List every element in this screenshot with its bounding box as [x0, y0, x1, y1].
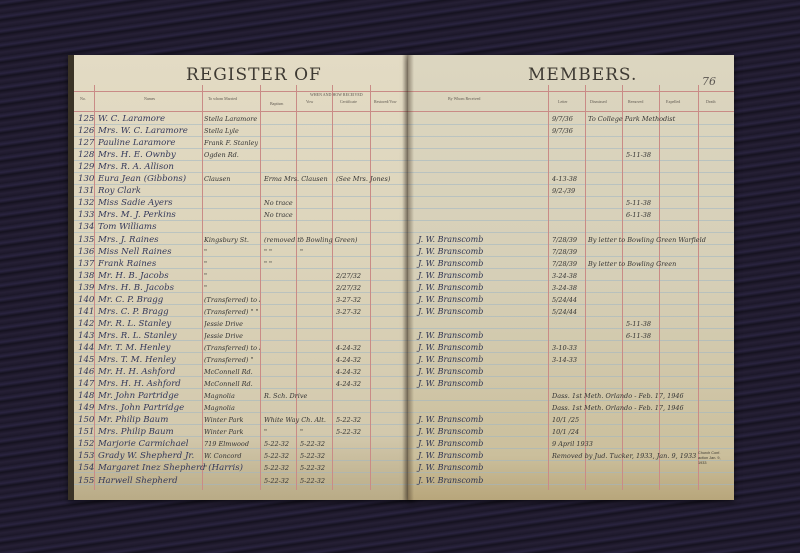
- entry-name: Mrs. John Partridge: [98, 402, 184, 414]
- page-number: 76: [702, 75, 716, 88]
- ledger-row: 150Mr. Philip BaumWinter ParkWhite Way C…: [74, 414, 414, 426]
- ledger-row: 143Mrs. R. L. StanleyJessie Drive: [74, 330, 414, 342]
- entry-number: 142: [78, 318, 94, 330]
- entry-col-certificate: 5-22-32: [336, 426, 361, 438]
- entry-name: Mrs. T. M. Henley: [98, 354, 176, 366]
- ledger-row: 132Miss Sadie AyersNo trace: [74, 197, 414, 209]
- entry-received-by: J. W. Branscomb: [418, 366, 483, 378]
- book-gutter: [402, 55, 414, 500]
- entry-col-vow: 5-22-32: [300, 462, 325, 474]
- entry-number: 130: [78, 173, 94, 185]
- entry-received-by: J. W. Branscomb: [418, 378, 483, 390]
- entry-col-certificate: 3-27-32: [336, 306, 361, 318]
- entry-removed: 5-11-38: [626, 318, 651, 330]
- entry-col-vow: ": [300, 426, 303, 438]
- entry-col-certificate: 4-24-32: [336, 378, 361, 390]
- entry-name: Grady W. Shepherd Jr.: [98, 450, 194, 462]
- entry-letter: 7/28/39: [552, 258, 577, 270]
- page-title-right: MEMBERS.: [528, 65, 637, 85]
- entry-number: 135: [78, 234, 94, 246]
- ledger-row: 141Mrs. C. P. Bragg(Transferred) " "3-27…: [74, 306, 414, 318]
- entry-col-certificate: 2/27/32: [336, 270, 361, 282]
- entry-number: 133: [78, 209, 94, 221]
- entry-letter: 9/2-/39: [552, 185, 575, 197]
- entry-number: 147: [78, 378, 94, 390]
- entry-col-certificate: 2/27/32: [336, 282, 361, 294]
- entry-dismissed: To College Park Methodist: [588, 113, 675, 125]
- entry-married: McConnell Rd.: [204, 366, 253, 378]
- ledger-row: Dass. 1st Meth. Orlando - Feb. 17, 1946: [408, 390, 734, 402]
- entry-married: Winter Park: [204, 414, 243, 426]
- ledger-row: J. W. Branscomb7/28/39: [408, 246, 734, 258]
- ledger-row: 131Roy Clark: [74, 185, 414, 197]
- ledger-row: 9/7/36To College Park Methodist: [408, 113, 734, 125]
- entry-number: 146: [78, 366, 94, 378]
- entry-name: Mr. C. P. Bragg: [98, 294, 163, 306]
- ledger-row: 144Mr. T. M. Henley(Transferred) to Mo.4…: [74, 342, 414, 354]
- entry-name: Frank Raines: [98, 258, 156, 270]
- ledger-row: 6-11-38: [408, 209, 734, 221]
- ledger-row: 135Mrs. J. RainesKingsbury St.(removed t…: [74, 234, 414, 246]
- entry-number: 155: [78, 475, 94, 487]
- ledger-row: J. W. Branscomb3-14-33: [408, 354, 734, 366]
- entry-married: ": [204, 270, 207, 282]
- ledger-row: 133Mrs. M. J. PerkinsNo trace: [74, 209, 414, 221]
- entry-name: Mrs. M. J. Perkins: [98, 209, 176, 221]
- entry-received-by: J. W. Branscomb: [418, 306, 483, 318]
- entry-number: 144: [78, 342, 94, 354]
- entry-col-baptism-vow: Erma Mrs. Clausen: [264, 173, 328, 185]
- ledger-row: 153Grady W. Shepherd Jr.W. Concord5-22-3…: [74, 450, 414, 462]
- page-title-left: REGISTER OF: [186, 65, 322, 85]
- entry-letter: 3-24-38: [552, 270, 577, 282]
- entry-name: Mrs. H. H. Ashford: [98, 378, 181, 390]
- entry-number: 150: [78, 414, 94, 426]
- ledger-row: 5-11-38: [408, 197, 734, 209]
- entry-letter: 10/1 /25: [552, 414, 579, 426]
- ledger-row: 140Mr. C. P. Bragg(Transferred) to N. C.…: [74, 294, 414, 306]
- entry-married: (Transferred) " ": [204, 306, 259, 318]
- ledger-row: 151Mrs. Philip BaumWinter Park""5-22-32: [74, 426, 414, 438]
- entry-letter: Dass. 1st Meth. Orlando - Feb. 17, 1946: [552, 402, 684, 414]
- entry-col-baptism-vow: 5-22-32: [264, 462, 289, 474]
- entry-married: (Transferred) to N. C.: [204, 294, 260, 306]
- entry-removed: 5-11-38: [626, 149, 651, 161]
- ledger-row: 4-13-38: [408, 173, 734, 185]
- col-header-certificate: Certificate: [340, 99, 357, 104]
- ledger-row: 152Marjorie Carmichael719 Elmwood5-22-32…: [74, 438, 414, 450]
- entry-received-by: J. W. Branscomb: [418, 234, 483, 246]
- ledger-row: [408, 137, 734, 149]
- entry-number: 132: [78, 197, 94, 209]
- entry-letter: 9 April 1933: [552, 438, 593, 450]
- entry-name: W. C. Laramore: [98, 113, 165, 125]
- entry-col-baptism-vow: 5-22-32: [264, 450, 289, 462]
- entry-married: Frank F. Stanley: [204, 137, 258, 149]
- entry-col-baptism-vow: ": [264, 426, 267, 438]
- entry-received-by: J. W. Branscomb: [418, 258, 483, 270]
- col-header-dismissed: Dismissed: [590, 99, 607, 104]
- entry-letter: 3-10-33: [552, 342, 577, 354]
- ledger-row: J. W. Branscomb10/1 /24: [408, 426, 734, 438]
- entry-name: Tom Williams: [98, 221, 156, 233]
- entry-received-by: J. W. Branscomb: [418, 414, 483, 426]
- entry-col-baptism-vow: 5-22-32: [264, 475, 289, 487]
- col-header-letter: Letter: [558, 99, 568, 104]
- entry-dismissed: By letter to Bowling Green: [588, 258, 676, 270]
- entry-col-baptism-vow: (removed to Bowling Green): [264, 234, 357, 246]
- entry-name: Pauline Laramore: [98, 137, 175, 149]
- entry-married: ": [204, 462, 207, 474]
- entry-dismissed: By letter to Bowling Green Warfield: [588, 234, 706, 246]
- entry-received-by: J. W. Branscomb: [418, 450, 483, 462]
- entry-received-by: J. W. Branscomb: [418, 426, 483, 438]
- entry-received-by: J. W. Branscomb: [418, 342, 483, 354]
- ledger-row: 9/7/36: [408, 125, 734, 137]
- ledger-row: J. W. Branscomb3-10-33: [408, 342, 734, 354]
- ledger-row: 155Harwell Shepherd5-22-325-22-32: [74, 475, 414, 487]
- right-page: MEMBERS. 76 By Whom Received Letter Dism…: [408, 55, 734, 500]
- entry-received-by: J. W. Branscomb: [418, 270, 483, 282]
- entry-letter: 4-13-38: [552, 173, 577, 185]
- ledger-row: 137Frank Raines"" ": [74, 258, 414, 270]
- entry-married: (Transferred) to Mo.: [204, 342, 260, 354]
- ledger-row: 136Miss Nell Raines"" "": [74, 246, 414, 258]
- entry-name: Mrs. W. C. Laramore: [98, 125, 188, 137]
- entry-letter: 7/28/39: [552, 234, 577, 246]
- entry-married: ": [204, 246, 207, 258]
- entry-col-certificate: 3-27-32: [336, 294, 361, 306]
- margin-note: Church Conf. action Jan. 9, 1933: [698, 451, 728, 466]
- entry-received-by: J. W. Branscomb: [418, 475, 483, 487]
- ledger-row: 147Mrs. H. H. AshfordMcConnell Rd.4-24-3…: [74, 378, 414, 390]
- ledger-row: J. W. Branscomb: [408, 366, 734, 378]
- ledger-row: 126Mrs. W. C. LaramoreStella Lyle: [74, 125, 414, 137]
- entry-received-by: J. W. Branscomb: [418, 354, 483, 366]
- ledger-row: 146Mr. H. H. AshfordMcConnell Rd.4-24-32: [74, 366, 414, 378]
- entry-married: Winter Park: [204, 426, 243, 438]
- entry-name: Mrs. Philip Baum: [98, 426, 174, 438]
- entry-number: 125: [78, 113, 94, 125]
- entry-col-baptism-vow: 5-22-32: [264, 438, 289, 450]
- entry-col-certificate: 4-24-32: [336, 342, 361, 354]
- entry-received-by: J. W. Branscomb: [418, 438, 483, 450]
- entry-name: Harwell Shepherd: [98, 475, 178, 487]
- entry-col-vow: 5-22-32: [300, 438, 325, 450]
- entry-name: Mrs. H. E. Ownby: [98, 149, 176, 161]
- entry-col-vow: ": [300, 234, 303, 246]
- entry-col-baptism-vow: R. Sch. Drive: [264, 390, 307, 402]
- left-page: REGISTER OF No. Names To whom Married Ba…: [68, 55, 414, 500]
- ledger-row: J. W. Branscomb10/1 /25: [408, 414, 734, 426]
- ledger-row: 145Mrs. T. M. Henley(Transferred) "4-24-…: [74, 354, 414, 366]
- ledger-row: 5-11-38: [408, 318, 734, 330]
- entry-number: 127: [78, 137, 94, 149]
- header-rule: [408, 91, 734, 92]
- ledger-row: 9/2-/39: [408, 185, 734, 197]
- ledger-row: J. W. Branscomb: [408, 475, 734, 487]
- entry-letter: 3-24-38: [552, 282, 577, 294]
- entry-col-certificate: 4-24-32: [336, 354, 361, 366]
- entry-number: 134: [78, 221, 94, 233]
- entry-number: 138: [78, 270, 94, 282]
- entry-name: Mrs. J. Raines: [98, 234, 159, 246]
- entry-number: 129: [78, 161, 94, 173]
- col-header-no: No.: [80, 96, 86, 101]
- entry-married: Kingsbury St.: [204, 234, 249, 246]
- ledger-row: 125W. C. LaramoreStella Laramore: [74, 113, 414, 125]
- entry-name: Roy Clark: [98, 185, 141, 197]
- col-header-married: To whom Married: [208, 96, 237, 101]
- entry-married: 719 Elmwood: [204, 438, 249, 450]
- entry-number: 137: [78, 258, 94, 270]
- entry-number: 131: [78, 185, 94, 197]
- entry-removed: 5-11-38: [626, 197, 651, 209]
- entry-married: Ogden Rd.: [204, 149, 239, 161]
- ledger-row: 149Mrs. John PartridgeMagnolia: [74, 402, 414, 414]
- entry-married: (Transferred) ": [204, 354, 253, 366]
- col-header-expelled: Expelled: [666, 99, 680, 104]
- entry-married: Clausen: [204, 173, 230, 185]
- col-header-group: WHEN AND HOW RECEIVED: [310, 92, 363, 97]
- ledger-row: J. W. Branscomb3-24-38: [408, 282, 734, 294]
- entry-name: Mrs. C. P. Bragg: [98, 306, 169, 318]
- ledger-row: 134Tom Williams: [74, 221, 414, 233]
- entry-married: Stella Laramore: [204, 113, 257, 125]
- entry-received-by: J. W. Branscomb: [418, 294, 483, 306]
- entry-letter: 7/28/39: [552, 246, 577, 258]
- entry-married: McConnell Rd.: [204, 378, 253, 390]
- header-rule: [408, 111, 734, 112]
- ledger-row: 142Mr. R. L. StanleyJessie Drive: [74, 318, 414, 330]
- entry-name: Mr. T. M. Henley: [98, 342, 170, 354]
- entry-letter: 5/24/44: [552, 294, 577, 306]
- entry-number: 139: [78, 282, 94, 294]
- entry-name: Miss Sadie Ayers: [98, 197, 173, 209]
- header-rule: [74, 111, 414, 112]
- entry-letter: 3-14-33: [552, 354, 577, 366]
- entry-letter: 10/1 /24: [552, 426, 579, 438]
- ledger-row: 127Pauline LaramoreFrank F. Stanley: [74, 137, 414, 149]
- ledger-row: J. W. Branscomb7/28/39By letter to Bowli…: [408, 234, 734, 246]
- entry-col-certificate: 5-22-32: [336, 414, 361, 426]
- entry-name: Mr. H. B. Jacobs: [98, 270, 169, 282]
- entry-number: 143: [78, 330, 94, 342]
- entry-received-by: J. W. Branscomb: [418, 462, 483, 474]
- entry-name: Mrs. R. L. Stanley: [98, 330, 177, 342]
- entry-number: 149: [78, 402, 94, 414]
- entry-number: 140: [78, 294, 94, 306]
- entry-col-baptism-vow: White Way Ch. Alt.: [264, 414, 326, 426]
- entry-name: Miss Nell Raines: [98, 246, 172, 258]
- entry-name: Mr. Philip Baum: [98, 414, 168, 426]
- entry-col-certificate: 4-24-32: [336, 366, 361, 378]
- entry-col-vow: 5-22-32: [300, 475, 325, 487]
- col-header-restored: Restored/Vow: [374, 99, 397, 104]
- entry-received-by: J. W. Branscomb: [418, 330, 483, 342]
- ledger-row: J. W. Branscomb: [408, 378, 734, 390]
- ledger-row: 154Margaret Inez Shepherd (Harris)"5-22-…: [74, 462, 414, 474]
- ledger-row: 138Mr. H. B. Jacobs"2/27/32: [74, 270, 414, 282]
- entry-married: ": [204, 258, 207, 270]
- entry-letter: 5/24/44: [552, 306, 577, 318]
- entry-col-vow: 5-22-32: [300, 450, 325, 462]
- ledger-row: J. W. Branscomb3-24-38: [408, 270, 734, 282]
- entry-married: Magnolia: [204, 402, 235, 414]
- ledger-row: J. W. Branscomb5/24/44: [408, 294, 734, 306]
- entry-col-baptism-vow: No trace: [264, 209, 293, 221]
- entry-married: Stella Lyle: [204, 125, 239, 137]
- col-header-baptism: Baptism: [270, 101, 283, 106]
- entry-name: Mrs. R. A. Allison: [98, 161, 174, 173]
- ledger-row: J. W. Branscomb6-11-38: [408, 330, 734, 342]
- entry-married: Magnolia: [204, 390, 235, 402]
- ledger-row: Dass. 1st Meth. Orlando - Feb. 17, 1946: [408, 402, 734, 414]
- entry-col-baptism-vow: No trace: [264, 197, 293, 209]
- entry-received-by: J. W. Branscomb: [418, 282, 483, 294]
- ledger-row: J. W. Branscomb9 April 1933: [408, 438, 734, 450]
- entry-number: 148: [78, 390, 94, 402]
- entry-removed: 6-11-38: [626, 330, 651, 342]
- entry-name: Mr. H. H. Ashford: [98, 366, 175, 378]
- entry-married: ": [204, 282, 207, 294]
- col-header-names: Names: [144, 96, 155, 101]
- entry-number: 152: [78, 438, 94, 450]
- entry-number: 141: [78, 306, 94, 318]
- entry-name: Mrs. H. B. Jacobs: [98, 282, 174, 294]
- entry-col-vow: ": [300, 246, 303, 258]
- entry-removed: 6-11-38: [626, 209, 651, 221]
- col-header-death: Death: [706, 99, 716, 104]
- header-rule: [74, 91, 414, 92]
- col-header-by-whom: By Whom Received: [448, 96, 480, 101]
- entry-col-baptism-vow: " ": [264, 246, 272, 258]
- ledger-row: J. W. Branscomb7/28/39By letter to Bowli…: [408, 258, 734, 270]
- ledger-row: J. W. BranscombRemoved by Jud. Tucker, 1…: [408, 450, 734, 462]
- entry-name: Marjorie Carmichael: [98, 438, 189, 450]
- entry-number: 126: [78, 125, 94, 137]
- entry-number: 153: [78, 450, 94, 462]
- entry-name: Mr. John Partridge: [98, 390, 179, 402]
- col-header-vow: Vow: [306, 99, 313, 104]
- entry-letter: 9/7/36: [552, 125, 573, 137]
- entry-col-baptism-vow: " ": [264, 258, 272, 270]
- ledger-row: 5-11-38: [408, 149, 734, 161]
- entry-letter: 9/7/36: [552, 113, 573, 125]
- ledger-row: [408, 221, 734, 233]
- ledger-row: 148Mr. John PartridgeMagnoliaR. Sch. Dri…: [74, 390, 414, 402]
- entry-name: Mr. R. L. Stanley: [98, 318, 171, 330]
- entry-letter: Dass. 1st Meth. Orlando - Feb. 17, 1946: [552, 390, 684, 402]
- entry-number: 128: [78, 149, 94, 161]
- ledger-row: [408, 161, 734, 173]
- entry-number: 145: [78, 354, 94, 366]
- ledger-row: J. W. Branscomb: [408, 462, 734, 474]
- entry-number: 136: [78, 246, 94, 258]
- entry-name: Eura Jean (Gibbons): [98, 173, 186, 185]
- entry-married: Jessie Drive: [204, 330, 243, 342]
- ledger-row: J. W. Branscomb5/24/44: [408, 306, 734, 318]
- entry-number: 151: [78, 426, 94, 438]
- ledger-row: 139Mrs. H. B. Jacobs"2/27/32: [74, 282, 414, 294]
- col-header-removed: Removed: [628, 99, 643, 104]
- entry-number: 154: [78, 462, 94, 474]
- ledger-row: 128Mrs. H. E. OwnbyOgden Rd.: [74, 149, 414, 161]
- entry-received-by: J. W. Branscomb: [418, 246, 483, 258]
- entry-name: Margaret Inez Shepherd (Harris): [98, 462, 243, 474]
- entry-letter: Removed by Jud. Tucker, 1933, Jan. 9, 19…: [552, 450, 696, 462]
- open-ledger-book: REGISTER OF No. Names To whom Married Ba…: [62, 55, 734, 502]
- entry-married: Jessie Drive: [204, 318, 243, 330]
- ledger-row: 129Mrs. R. A. Allison: [74, 161, 414, 173]
- entry-col-certificate: (See Mrs. Jones): [336, 173, 390, 185]
- entry-married: W. Concord: [204, 450, 242, 462]
- ledger-row: 130Eura Jean (Gibbons)ClausenErma Mrs. C…: [74, 173, 414, 185]
